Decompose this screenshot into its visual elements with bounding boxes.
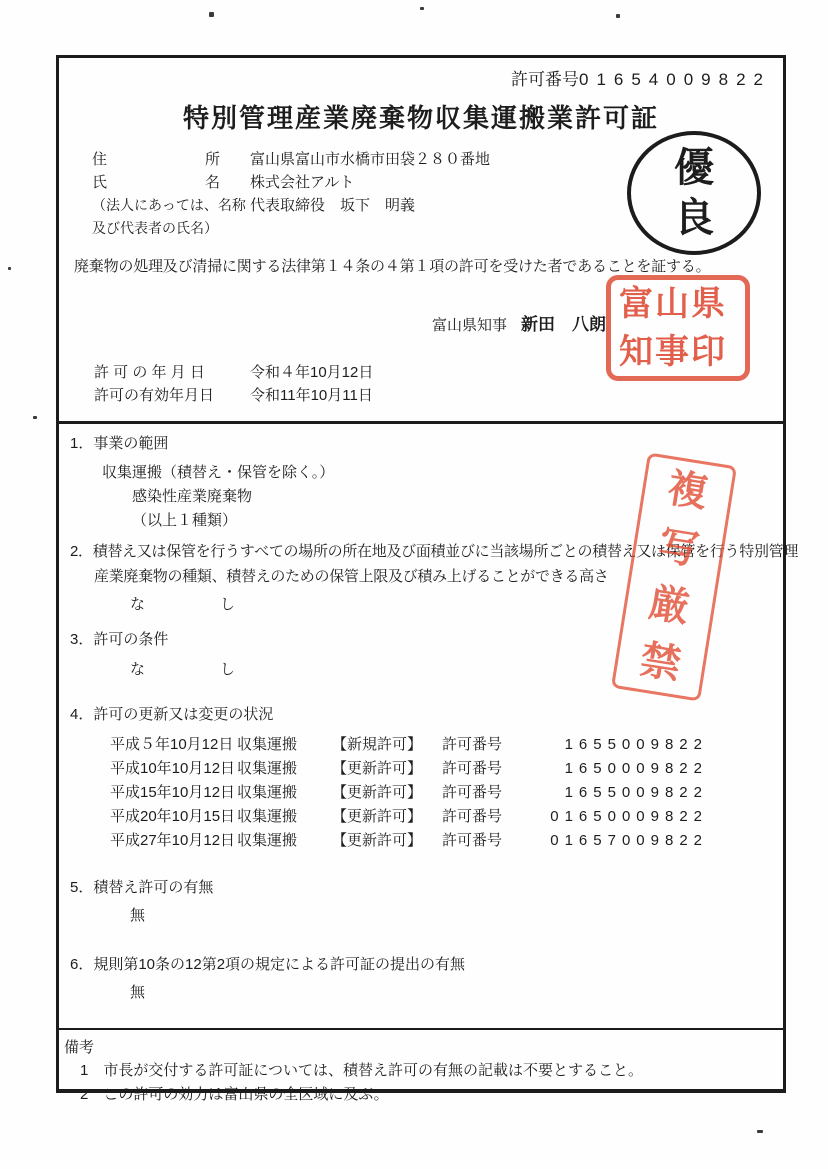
document-border-frame: 許可番号01654009822 特別管理産業廃棄物収集運搬業許可証 優 良 住所… <box>56 55 786 1093</box>
section6-heading: 6．規則第10条の12第2項の規定による許可証の提出の有無 <box>70 953 465 974</box>
governor-title: 富山県知事 <box>432 317 507 334</box>
certification-statement: 廃棄物の処理及び清掃に関する法律第１４条の４第１項の許可を受けた者であることを証… <box>74 255 710 276</box>
history-row: 平成５年10月12日 収集運搬 【新規許可】 許可番号 1655009822 <box>110 733 708 757</box>
section1-line2: 感染性産業廃棄物 <box>132 485 252 506</box>
section-divider-remarks <box>59 1028 783 1030</box>
governor-name: 新田 八朗 <box>521 315 606 334</box>
permit-number-value: 01654009822 <box>579 70 771 89</box>
valid-date-label: 許可の有効年月日 <box>94 384 250 407</box>
governor-line: 富山県知事新田 八朗 <box>432 310 606 335</box>
section4-heading: 4．許可の更新又は変更の状況 <box>70 703 273 724</box>
section-divider-top <box>59 421 783 424</box>
holder-corp-note-row: 及び代表者の氏名） <box>92 217 490 240</box>
scan-speck <box>209 12 214 17</box>
section6-answer: 無 <box>130 981 145 1002</box>
governor-seal-row2: 知事印 <box>619 332 737 372</box>
scan-speck <box>757 1130 763 1133</box>
document-title: 特別管理産業廃棄物収集運搬業許可証 <box>59 98 783 135</box>
valid-date-row: 許可の有効年月日 令和11年10月11日 <box>94 384 373 407</box>
holder-representative-row: （法人にあっては、名称 代表取締役 坂下 明義 <box>92 194 490 217</box>
section5-answer: 無 <box>130 904 145 925</box>
section1-line3: （以上１種類） <box>132 509 237 530</box>
permit-number-label: 許可番号 <box>511 70 579 89</box>
issued-date-row: 許 可 の 年 月 日 令和４年10月12日 <box>94 361 373 384</box>
history-row: 平成15年10月12日 収集運搬 【更新許可】 許可番号 1655009822 <box>110 781 708 805</box>
scanned-permit-page: 許可番号01654009822 特別管理産業廃棄物収集運搬業許可証 優 良 住所… <box>0 0 828 1169</box>
remarks-item-1: 1 市長が交付する許可証については、積替え許可の有無の記載は不要とすること。 <box>80 1059 643 1080</box>
section3-heading: 3．許可の条件 <box>70 628 168 649</box>
scan-speck <box>420 7 424 10</box>
section2-heading-line2: 産業廃棄物の種類、積替えのための保管上限及び積み上げることができる高さ <box>94 565 609 586</box>
section3-answer: な し <box>130 658 235 679</box>
name-value: 株式会社アルト <box>250 171 354 194</box>
excellent-stamp-char-top: 優 <box>674 143 714 193</box>
scan-speck <box>8 267 11 270</box>
excellent-stamp-char-bottom: 良 <box>674 193 714 243</box>
scan-speck <box>616 14 620 18</box>
section1-heading: 1．事業の範囲 <box>70 432 168 453</box>
permit-number-line: 許可番号01654009822 <box>511 65 771 90</box>
address-value: 富山県富山市水橋市田袋２８０番地 <box>250 148 490 171</box>
history-row: 平成10年10月12日 収集運搬 【更新許可】 許可番号 1650009822 <box>110 757 708 781</box>
history-row: 平成20年10月15日 収集運搬 【更新許可】 許可番号 01650009822 <box>110 805 708 829</box>
corp-note-line2: 及び代表者の氏名） <box>92 217 250 240</box>
remarks-heading: 備考 <box>64 1036 94 1057</box>
address-label: 住所 <box>92 148 220 171</box>
permit-dates-block: 許 可 の 年 月 日 令和４年10月12日 許可の有効年月日 令和11年10月… <box>94 361 373 407</box>
holder-address-row: 住所 富山県富山市水橋市田袋２８０番地 <box>92 148 490 171</box>
issued-date-value: 令和４年10月12日 <box>250 361 373 384</box>
section2-answer: な し <box>130 593 235 614</box>
permit-history-table: 平成５年10月12日 収集運搬 【新規許可】 許可番号 1655009822 平… <box>110 733 708 853</box>
section5-heading: 5．積替え許可の有無 <box>70 876 213 897</box>
holder-info-block: 住所 富山県富山市水橋市田袋２８０番地 氏名 株式会社アルト （法人にあっては、… <box>92 148 490 240</box>
representative-value: 代表取締役 坂下 明義 <box>250 194 415 217</box>
excellent-circle-stamp: 優 良 <box>627 131 761 255</box>
corp-note-line1: （法人にあっては、名称 <box>92 194 250 217</box>
scan-speck <box>33 416 37 419</box>
name-label: 氏名 <box>92 171 220 194</box>
history-row: 平成27年10月12日 収集運搬 【更新許可】 許可番号 01657009822 <box>110 829 708 853</box>
holder-name-row: 氏名 株式会社アルト <box>92 171 490 194</box>
remarks-item-2: 2 この許可の効力は富山県の全区域に及ぶ。 <box>80 1083 389 1104</box>
red-copy-prohibition-stamp: 複 写 厳 禁 <box>611 452 737 701</box>
section1-line1: 収集運搬（積替え・保管を除く。） <box>102 461 334 482</box>
issued-date-label: 許 可 の 年 月 日 <box>94 361 250 384</box>
valid-date-value: 令和11年10月11日 <box>250 384 373 407</box>
governor-seal-stamp: 富山県 知事印 <box>606 275 750 381</box>
governor-seal-row1: 富山県 <box>619 284 737 324</box>
